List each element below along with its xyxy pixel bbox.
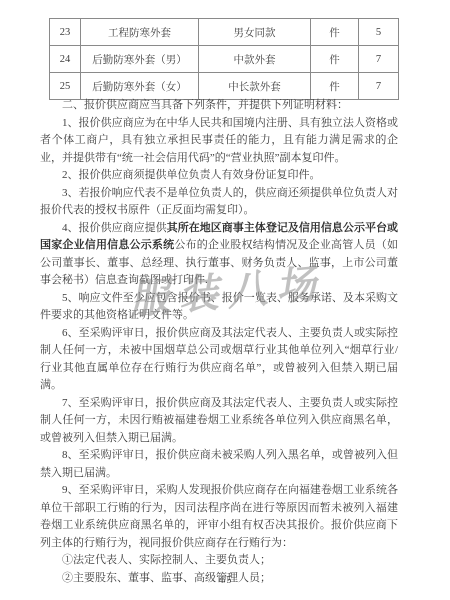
- table-row: 24 后勤防寒外套（男） 中款外套 件 7: [50, 46, 399, 73]
- cell-unit: 件: [311, 46, 359, 73]
- cell-no: 23: [50, 19, 81, 46]
- cell-unit: 件: [311, 73, 359, 100]
- cell-spec: 男女同款: [199, 19, 311, 46]
- paragraph-2: 2、报价供应商须提供单位负责人有效身份证复印件。: [40, 167, 398, 185]
- cell-name: 后勤防寒外套（男）: [81, 46, 199, 73]
- paragraph-4: 4、报价供应商应提供其所在地区商事主体登记及信用信息公示平台或国家企业信用信息公…: [40, 220, 398, 290]
- list-item-2: ②主要股东、董事、监事、高级管理人员；: [40, 570, 398, 588]
- document-body: 二、报价供应商应当具备下列条件，并提供下列证明材料： 1、报价供应商应为在中华人…: [40, 97, 398, 587]
- list-item-1: ①法定代表人、实际控制人、主要负责人；: [40, 552, 398, 570]
- cell-name: 后勤防寒外套（女）: [81, 73, 199, 100]
- paragraph-1: 1、报价供应商应为在中华人民共和国境内注册、具有独立法人资格或者个体工商户，具有…: [40, 115, 398, 168]
- cell-no: 24: [50, 46, 81, 73]
- cell-unit: 件: [311, 19, 359, 46]
- cell-qty: 5: [359, 19, 399, 46]
- items-table: 23 工程防寒外套 男女同款 件 5 24 后勤防寒外套（男） 中款外套 件 7…: [49, 18, 399, 100]
- cell-spec: 中长款外套: [199, 73, 311, 100]
- paragraph-5: 5、响应文件至少应包含报价书、报价一览表、服务承诺、及本采购文件要求的其他资格证…: [40, 290, 398, 325]
- paragraph-3: 3、若报价响应代表不是单位负责人的，供应商还须提供单位负责人对报价代表的授权书原…: [40, 185, 398, 220]
- paragraph-4-prefix: 4、报价供应商应提供: [62, 222, 167, 234]
- paragraph-8: 8、至采购评审日，报价供应商未被采购人列入黑名单，或曾被列入但禁入期已届满。: [40, 447, 398, 482]
- paragraph-7: 7、至采购评审日，报价供应商及其法定代表人、主要负责人或实际控制人任何一方，未因…: [40, 395, 398, 448]
- cell-no: 25: [50, 73, 81, 100]
- table-row: 23 工程防寒外套 男女同款 件 5: [50, 19, 399, 46]
- paragraph-9: 9、至采购评审日，采购人发现报价供应商存在向福建卷烟工业系统各单位干部职工行贿的…: [40, 482, 398, 552]
- cell-qty: 7: [359, 73, 399, 100]
- section-heading: 二、报价供应商应当具备下列条件，并提供下列证明材料：: [40, 97, 398, 115]
- cell-qty: 7: [359, 46, 399, 73]
- document-page: 23 工程防寒外套 男女同款 件 5 24 后勤防寒外套（男） 中款外套 件 7…: [0, 0, 450, 600]
- paragraph-6: 6、至采购评审日，报价供应商及其法定代表人、主要负责人或实际控制人任何一方，未被…: [40, 325, 398, 395]
- cell-name: 工程防寒外套: [81, 19, 199, 46]
- cell-spec: 中款外套: [199, 46, 311, 73]
- table-row: 25 后勤防寒外套（女） 中长款外套 件 7: [50, 73, 399, 100]
